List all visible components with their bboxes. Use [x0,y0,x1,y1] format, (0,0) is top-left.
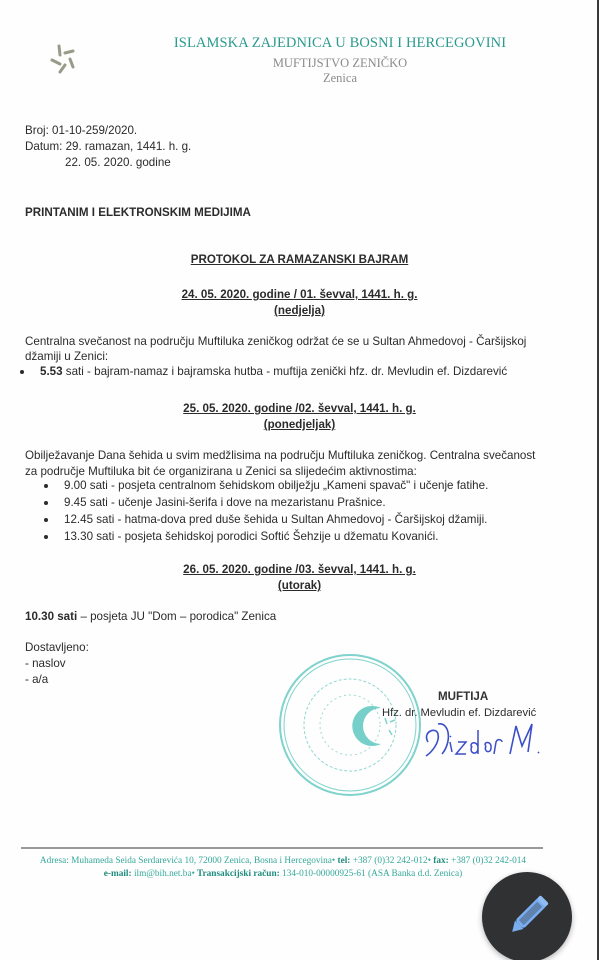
crescent-star-icon [26,24,82,88]
day3-entry: 10.30 sati – posjeta JU "Dom – porodica"… [25,610,276,624]
day3-date: 26. 05. 2020. godine /03. ševval, 1441. … [0,563,599,577]
handwritten-signature [420,712,550,762]
date-hijri: Datum: 29. ramazan, 1441. h. g. [25,140,191,154]
document-title: PROTOKOL ZA RAMAZANSKI BAJRAM [0,253,599,267]
list-item: 9.00 sati - posjeta centralnom šehidskom… [64,477,488,494]
delivered-item: - a/a [25,673,48,687]
delivered-label: Dostavljeno: [25,641,89,655]
list-item: 5.53 sati - bajram-namaz i bajramska hut… [40,363,507,380]
day2-weekday: (ponedjeljak) [0,418,599,432]
edit-button[interactable] [482,872,572,960]
recipient: PRINTANIM I ELEKTRONSKIM MEDIJIMA [25,206,251,220]
date-gregorian: 22. 05. 2020. godine [65,156,171,170]
signature-role: MUFTIJA [438,690,488,704]
day2-intro-line1: Obilježavanje Dana šehida u svim medžlis… [25,449,535,463]
list-item: 12.45 sati - hatma-dova pred duše šehida… [64,511,488,528]
reference-number: Broj: 01-10-259/2020. [25,124,137,138]
day2-date: 25. 05. 2020. godine /02. ševval, 1441. … [0,402,599,416]
delivered-item: - naslov [25,657,66,671]
list-item: 9.45 sati - učenje Jasini-šerifa i dove … [64,494,488,511]
footer-divider [21,847,543,849]
day1-list: 5.53 sati - bajram-namaz i bajramska hut… [40,363,507,380]
footer-line-1: Adresa: Muhameda Seida Serdarevića 10, 7… [0,856,566,866]
list-item: 13.30 sati - posjeta šehidskoj porodici … [64,528,488,545]
day1-intro-line2: džamiji u Zenici: [25,350,108,364]
day1-date: 24. 05. 2020. godine / 01. ševval, 1441.… [0,288,599,302]
day1-weekday: (nedjelja) [0,304,599,318]
org-unit: MUFTIJSTVO ZENIČKO [150,56,530,71]
document-page: ISLAMSKA ZAJEDNICA U BOSNI I HERCEGOVINI… [0,0,599,960]
org-name: ISLAMSKA ZAJEDNICA U BOSNI I HERCEGOVINI [150,35,530,52]
org-city: Zenica [150,71,530,86]
day2-list: 9.00 sati - posjeta centralnom šehidskom… [64,477,488,545]
day1-intro-line1: Centralna svečanost na području Muftiluk… [25,335,526,349]
day3-weekday: (utorak) [0,579,599,593]
official-stamp-icon [277,652,423,798]
pencil-icon [482,872,572,960]
